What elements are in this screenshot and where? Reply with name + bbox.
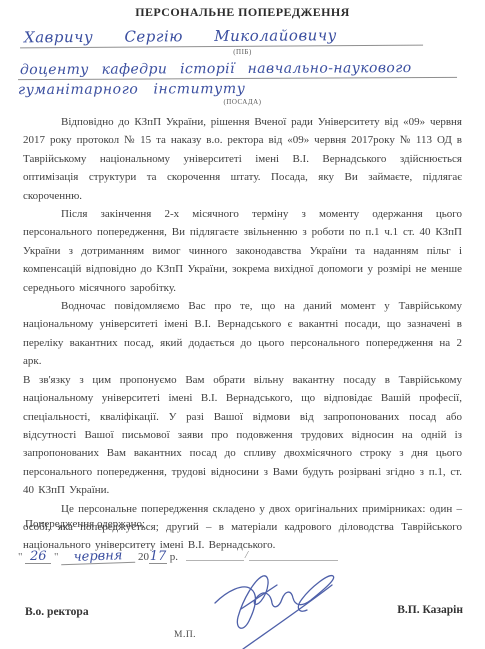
signature-ink <box>205 565 355 649</box>
document-body: Відповідно до КЗпП України, рішення Вчен… <box>23 113 462 555</box>
position-caption: (ПОСАДА) <box>0 98 485 106</box>
position-handwritten-line1: доценту кафедри історії навчально-науков… <box>18 60 457 80</box>
year-suffix: р. <box>170 551 178 563</box>
open-quote: " <box>18 551 23 563</box>
year-printed: 20 <box>138 551 149 563</box>
document-title: ПЕРСОНАЛЬНЕ ПОПЕРЕДЖЕННЯ <box>0 0 485 20</box>
position-handwritten-line2: гуманітарного інституту <box>18 80 457 98</box>
signer-name: В.П. Казарін <box>397 604 463 616</box>
paragraph-2: Після закінчення 2-х місячного терміну з… <box>23 205 462 297</box>
name-caption: (ПІБ) <box>0 48 485 56</box>
day-handwritten: 26 <box>25 550 51 564</box>
seal-mark: М.П. <box>174 630 196 640</box>
paragraph-3: Водночас повідомляємо Вас про те, що на … <box>23 297 462 371</box>
ruled-line-segment <box>186 546 244 561</box>
recipient-name-handwritten: Хавричу Сергію Миколайовичу <box>20 26 423 49</box>
received-label: Попередження одержано: <box>25 518 145 530</box>
year-handwritten: 17 <box>149 550 167 564</box>
date-line: " 26 " червня 2017 р. <box>18 550 178 564</box>
close-quote: " <box>54 551 59 563</box>
paragraph-1: Відповідно до КЗпП України, рішення Вчен… <box>23 113 462 205</box>
scanned-document-page: ПЕРСОНАЛЬНЕ ПОПЕРЕДЖЕННЯ Хавричу Сергію … <box>0 0 485 649</box>
signature-name-ruled-line: / <box>186 546 338 561</box>
month-handwritten: червня <box>61 549 135 566</box>
paragraph-4: В зв'язку з цим пропонуємо Вам обрати ві… <box>23 371 462 500</box>
ruled-line-segment <box>249 546 338 561</box>
acting-rector-label: В.о. ректора <box>25 606 89 618</box>
